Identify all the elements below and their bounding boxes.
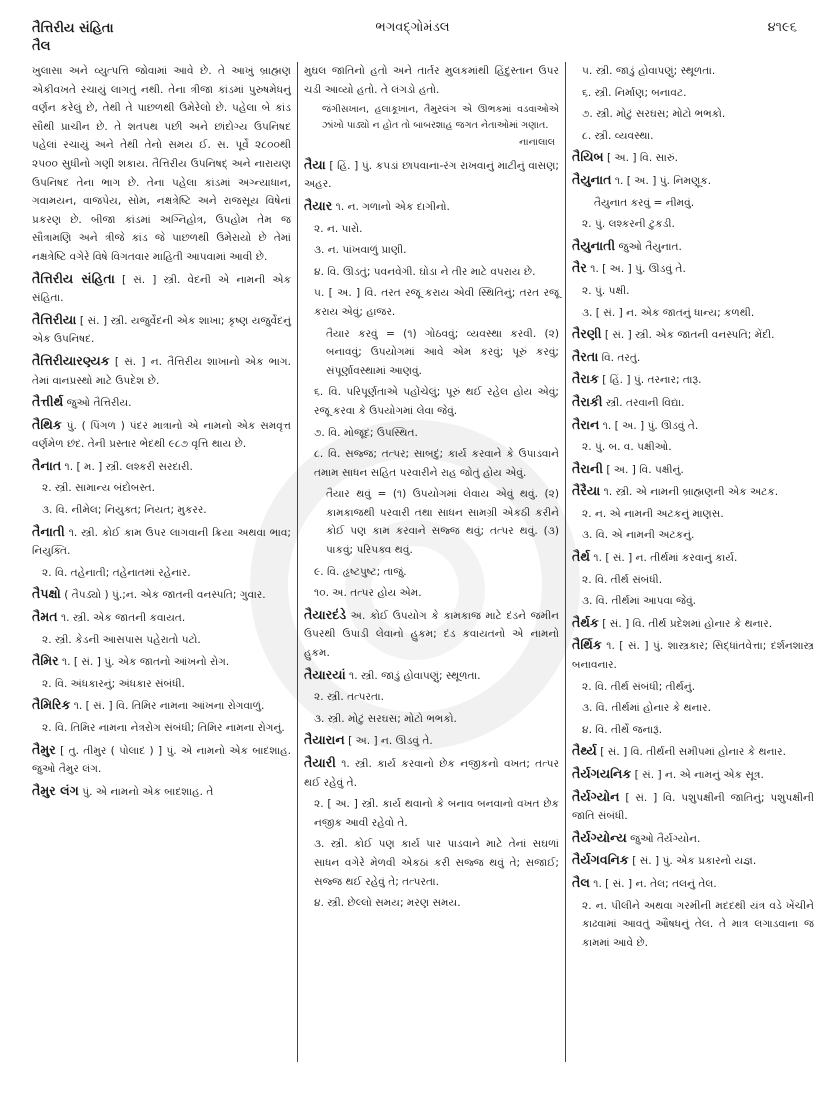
sense-line: ૮. વિ. સજ્જ; તત્પર; સાબદું; કાર્ય કરવાને…	[304, 445, 559, 482]
dictionary-entry: તૈનાત ૧. [ મ. ] સ્ત્રી. લશ્કરી સરદારી.	[32, 457, 291, 477]
sense-line: ૨. ન. પીલીને અથવા ગરમીની મદદથી યંત્ર વડે…	[572, 897, 814, 953]
dictionary-entry: તૈયુનાત ૧. [ અ. ] પું. નિમણૂક.	[572, 171, 814, 191]
definition: ૧. [ સં. ] પું. શાસ્ત્રકાર; સિદ્ધાંતવેત્…	[572, 640, 814, 671]
sense-line: ૬. વિ. પરિપૂર્ણતાએ પહોંચેલું; પૂરું થઈ ર…	[304, 383, 559, 420]
headword: તૈમત	[32, 609, 58, 624]
definition: [ સં. ] વિ. તીર્થ પ્રદેશમાં હોનાર કે થના…	[602, 618, 772, 630]
dictionary-entry: તૈર્યગયનિક [ સં. ] ન. એ નામનું એક સૂત્ર.	[572, 765, 814, 785]
dictionary-entry: તૈત્તીર્થ જુઓ તૈત્તિરીય.	[32, 393, 291, 413]
dictionary-entry: તૈર્થ્ય [ સં. ] વિ. તીર્થની સમીપમાં હોના…	[572, 742, 814, 762]
sense-line: ૨. ન. એ નામની અટકનું માણસ.	[572, 505, 814, 524]
sense-line: ૨. વિ. અંધકારનું; અંધકાર સંબંધી.	[32, 675, 291, 694]
definition: પું. એ નામનો એક બાદશાહ. તે	[82, 786, 213, 798]
column-middle: મુઘલ જાતિનો હતો અને તાર્તર મુલકમાંથી હિં…	[298, 62, 566, 1062]
sense-line: ૩. સ્ત્રી. કોઈ પણ કાર્ય પાર પાડવાને માટે…	[304, 835, 559, 891]
definition: [ સં. ] વિ. તીર્થની સમીપમાં હોનાર કે થના…	[600, 746, 786, 758]
headword: તૈત્તિરીયા	[32, 312, 76, 327]
dictionary-entry: તૈયારદંડે અ. કોઈ ઉપયોગ કે કામકાજ માટે દં…	[304, 606, 559, 663]
dictionary-entry: તૈલ ૧. [ સં. ] ન. તેલ; તલનું તેલ.	[572, 874, 814, 894]
headword: તૈર્યગ્યોન	[572, 789, 620, 804]
dictionary-entry: તૈયારયાં ૧. સ્ત્રી. જાડું હોવાપણું; સ્થૂ…	[304, 666, 559, 686]
headword: તૈરાક	[572, 371, 599, 386]
citation: જંગીસખાન, હલાકૂખાન, તૈમુરલંગ એ ઊભકમાં વડ…	[304, 102, 559, 153]
definition: જુઓ તૈર્યગ્યોન.	[630, 833, 700, 845]
dictionary-entry: તૈર્થિક ૧. [ સં. ] પું. શાસ્ત્રકાર; સિદ્…	[572, 636, 814, 674]
sense-line: ૨. પું. બ. વ. પક્ષીઓ.	[572, 438, 814, 457]
dictionary-entry: તૈત્તિરીયા [ સં. ] સ્ત્રી. યજુર્વેદની એક…	[32, 311, 291, 349]
definition: [ સં. ] સ્ત્રી. એક જાતની વનસ્પતિ; મેંદી.	[605, 329, 775, 341]
dictionary-entry: તૈમુર લંગ પું. એ નામનો એક બાદશાહ. તે	[32, 782, 291, 802]
headword: તૈયારાન	[304, 732, 345, 747]
headword: તૈર્થક	[572, 615, 599, 630]
headword: તૈયાર	[304, 198, 332, 213]
definition: જુઓ તૈત્તિરીય.	[67, 397, 132, 409]
sense-line: ૨. વિ. તીર્થ સંબંધી.	[572, 571, 814, 590]
sense-line: ૨. સ્ત્રી. તત્પરતા.	[304, 688, 559, 707]
definition: ( તૈપડ્યો ) પું.;ન. એક જાતની વનસ્પતિ; ગુ…	[64, 589, 265, 601]
continued-text: મુઘલ જાતિનો હતો અને તાર્તર મુલકમાંથી હિં…	[304, 62, 559, 99]
headword: તૈયુનાતી	[572, 238, 615, 253]
headword: તૈરણી	[572, 326, 601, 341]
sense-line: ૨. સ્ત્રી. સામાન્ય બંદોબસ્ત.	[32, 479, 291, 498]
headword: તૈત્તીર્થ	[32, 394, 63, 409]
headword: તૈર્યગવનિક	[572, 852, 629, 867]
dictionary-entry: તૈર્યગવનિક [ સં. ] પું. એક પ્રકારનો યજ્ઞ…	[572, 851, 814, 871]
dictionary-entry: તૈરણી [ સં. ] સ્ત્રી. એક જાતની વનસ્પતિ; …	[572, 325, 814, 345]
sense-line: ૯. વિ. હૃષ્ટપુષ્ટ; તાજું.	[304, 563, 559, 582]
definition: [ હિં. ] પું. કપડાં છાપવાના-રંગ રાખવાનું…	[304, 160, 559, 191]
headword: તૈયિબ	[572, 149, 604, 164]
headword: તૈર્થિક	[572, 637, 602, 652]
dictionary-entry: તૈમુર [ તુ. તીમુર ( પોલાદ ) ] પું. એ નામ…	[32, 741, 291, 779]
headword: તૈરાકી	[572, 394, 602, 409]
definition: ૧. સ્ત્રી. એક જાતની કવાયત.	[61, 612, 185, 624]
headword: તૈથિક	[32, 417, 62, 432]
dictionary-entry: તૈત્તિરીય સંહિતા [ સં. ] સ્ત્રી. વેદની એ…	[32, 270, 291, 308]
definition: ૧. ન. ગળાનો એક દાગીનો.	[336, 201, 450, 213]
sense-line: ૪. સ્ત્રી. છેલ્લો સમય; મરણ સમય.	[304, 894, 559, 913]
headword: તૈત્તિરીય સંહિતા	[32, 271, 115, 286]
definition: ૧. [ અ. ] પું. નિમણૂક.	[615, 175, 711, 187]
sense-line: ૩. વિ. તીર્થમાં હોનાર કે થનાર.	[572, 699, 814, 718]
sense-line: ૨. વિ. તહેનાતી; તહેનાતમાં રહેનાર.	[32, 564, 291, 583]
headword: તૈત્તિરીયારણ્યક	[32, 353, 110, 368]
sense-line: ૪. વિ. તીર્થે જનારૂં.	[572, 721, 814, 740]
sense-line: ૨. ન. પારો.	[304, 220, 559, 239]
phrase-line: તૈયુનાત કરવું = નીમવું.	[572, 194, 814, 213]
sense-line: ૫. [ અ. ] વિ. તરત રજૂ કરાય એવી સ્થિતિનું…	[304, 284, 559, 321]
dictionary-entry: તૈયિબ [ અ. ] વિ. સારું.	[572, 148, 814, 168]
dictionary-entry: તૈરૈયા ૧. સ્ત્રી. એ નામની બ્રાહ્મણની એક …	[572, 482, 814, 502]
dictionary-entry: તૈમિરિક ૧. [ સં. ] વિ. તિમિર નામના આંખના…	[32, 696, 291, 716]
dictionary-entry: તૈયા [ હિં. ] પું. કપડાં છાપવાના-રંગ રાખ…	[304, 156, 559, 194]
definition: [ અ. ] વિ. સારું.	[607, 152, 678, 164]
column-right: ૫. સ્ત્રી. જાડું હોવાપણું; સ્થૂળતા.૬. સ્…	[566, 62, 820, 1062]
dictionary-entry: તૈયાર ૧. ન. ગળાનો એક દાગીનો.	[304, 197, 559, 217]
headword: તૈર	[572, 260, 587, 275]
sense-line: ૩. ન. પાંખવાળું પ્રાણી.	[304, 241, 559, 260]
sense-line: ૩. વિ. એ નામની અટકનું.	[572, 526, 814, 545]
dictionary-entry: તૈર્થક [ સં. ] વિ. તીર્થ પ્રદેશમાં હોનાર…	[572, 614, 814, 634]
definition: [ હિં. ] પું. તરનાર; તારૂ.	[602, 374, 701, 386]
sense-line: ૨. પું. પક્ષી.	[572, 282, 814, 301]
sense-line: ૫. સ્ત્રી. જાડું હોવાપણું; સ્થૂળતા.	[572, 62, 814, 81]
dictionary-entry: તૈર ૧. [ અ. ] પું. ઊડવું તે.	[572, 259, 814, 279]
sense-line: ૨. વિ. તીર્થ સંબંધી; તીર્થનું.	[572, 678, 814, 697]
dictionary-entry: તૈપક્ષો ( તૈપડ્યો ) પું.;ન. એક જાતની વનસ…	[32, 585, 291, 605]
guide-word-last: તૈલ	[32, 38, 114, 56]
definition: વિ. તરતું.	[602, 352, 641, 364]
dictionary-entry: તૈરાન ૧. [ અ. ] પું. ઊડવું તે.	[572, 416, 814, 436]
headword: તૈર્યગયનિક	[572, 766, 631, 781]
dictionary-entry: તૈર્યગ્યોન્ય જુઓ તૈર્યગ્યોન.	[572, 829, 814, 849]
definition: [ સં. ] ન. એ નામનું એક સૂત્ર.	[635, 769, 764, 781]
headword: તૈમિરિક	[32, 697, 70, 712]
headword: તૈમુર લંગ	[32, 783, 79, 798]
headword: તૈનાતી	[32, 524, 65, 539]
definition: જુઓ તૈયુનાત.	[618, 241, 681, 253]
dictionary-entry: તૈયારાન [ અ. ] ન. ઊડવું તે.	[304, 731, 559, 751]
citation-text: જંગીસખાન, હલાકૂખાન, તૈમુરલંગ એ ઊભકમાં વડ…	[304, 102, 559, 134]
definition: [ તુ. તીમુર ( પોલાદ ) ] પું. એ નામનો એક …	[32, 745, 291, 776]
definition: ૧. સ્ત્રી. એ નામની બ્રાહ્મણની એક અટક.	[604, 486, 779, 498]
headword: તૈયારયાં	[304, 667, 346, 682]
dictionary-entry: તૈયારી ૧. સ્ત્રી. કાર્ય કરવાનો છેક નજીકન…	[304, 754, 559, 792]
headword: તૈયુનાત	[572, 172, 611, 187]
sense-line: ૩. વિ. નીમેલ; નિયુક્ત; નિયત; મુકરર.	[32, 501, 291, 520]
headword: તૈપક્ષો	[32, 586, 61, 601]
citation-author: નાનાલાલ	[304, 134, 559, 153]
dictionary-entry: તૈર્યગ્યોન [ સં. ] વિ. પશુપક્ષીની જાતિનુ…	[572, 788, 814, 826]
sense-line: ૩. [ સં. ] ન. એક જાતનું ધાન્ય; કળથી.	[572, 304, 814, 323]
dictionary-entry: તૈમિર ૧. [ સં. ] પું. એક જાતનો આંખનો રોગ…	[32, 652, 291, 672]
dictionary-entry: તૈર્થ ૧. [ સં. ] ન. તીર્થમાં કરવાનું કાર…	[572, 548, 814, 568]
dictionary-entry: તૈરતા વિ. તરતું.	[572, 348, 814, 368]
definition: ૧. [ સં. ] ન. તેલ; તલનું તેલ.	[593, 878, 717, 890]
definition: ૧. [ સં. ] ન. તીર્થમાં કરવાનું કાર્ય.	[593, 552, 737, 564]
sense-line: ૪. વિ. ઊડતું; પવનવેગી. ઘોડા ને તીર માટે …	[304, 263, 559, 282]
definition: પું. ( પિંગળ ) પંદર માત્રાનો એ નામનો એક …	[32, 420, 291, 451]
headword: તૈલ	[572, 875, 590, 890]
continued-text: ખુલાસા અને વ્યુત્પત્તિ જોવામાં આવે છે. ત…	[32, 62, 291, 267]
headword: તૈરૈયા	[572, 483, 600, 498]
definition: ૧. [ અ. ] પું. ઊડવું તે.	[590, 263, 686, 275]
definition: ૧. સ્ત્રી. કાર્ય કરવાનો છેક નજીકનો વખત; …	[304, 758, 559, 789]
dictionary-title: ભગવદ્ગોમંડલ	[0, 20, 825, 35]
definition: ૧. સ્ત્રી. જાડું હોવાપણું; સ્થૂળતા.	[349, 670, 480, 682]
definition: ૧. [ સં. ] પું. એક જાતનો આંખનો રોગ.	[62, 656, 229, 668]
definition: ૧. [ અ. ] પું. ઊડવું તે.	[603, 420, 699, 432]
headword: તૈર્થ	[572, 549, 590, 564]
sense-line: ૩. વિ. તીર્થમાં આપવા જેવું.	[572, 592, 814, 611]
definition: [ અ. ] વિ. પક્ષીનું.	[606, 464, 684, 476]
headword: તૈમુર	[32, 742, 56, 757]
definition: ૧. [ સં. ] વિ. તિમિર નામના આંખના રોગવાળુ…	[74, 700, 265, 712]
phrase-line: તૈયાર થવું = (૧) ઉપયોગમાં લેવાય એવું થવુ…	[304, 485, 559, 559]
headword: તૈયારી	[304, 755, 336, 770]
dictionary-entry: તૈરાક [ હિં. ] પું. તરનાર; તારૂ.	[572, 370, 814, 390]
headword: તૈરાની	[572, 461, 603, 476]
sense-line: ૧૦. અ. તત્પર હોય એમ.	[304, 584, 559, 603]
dictionary-entry: તૈયુનાતી જુઓ તૈયુનાત.	[572, 237, 814, 257]
dictionary-entry: તૈનાતી ૧. સ્ત્રી. કોઈ કામ ઉપર લાગવાની ક્…	[32, 523, 291, 561]
headword: તૈનાત	[32, 458, 61, 473]
definition: ૧. [ મ. ] સ્ત્રી. લશ્કરી સરદારી.	[65, 461, 193, 473]
definition: સ્ત્રી. તરવાની વિદ્યા.	[606, 397, 685, 409]
sense-line: ૩. સ્ત્રી. મોટું સરઘસ; મોટો ભભકો.	[304, 710, 559, 729]
dictionary-entry: તૈરાની [ અ. ] વિ. પક્ષીનું.	[572, 460, 814, 480]
dictionary-entry: તૈમત ૧. સ્ત્રી. એક જાતની કવાયત.	[32, 608, 291, 628]
sense-line: ૭. સ્ત્રી. મોટું સરઘસ; મોટો ભભકો.	[572, 105, 814, 124]
sense-line: ૬. સ્ત્રી. નિર્માણ; બનાવટ.	[572, 84, 814, 103]
column-left: ખુલાસા અને વ્યુત્પત્તિ જોવામાં આવે છે. ત…	[30, 62, 298, 1062]
dictionary-columns: ખુલાસા અને વ્યુત્પત્તિ જોવામાં આવે છે. ત…	[30, 62, 820, 1062]
headword: તૈયા	[304, 157, 326, 172]
sense-line: ૨. પું. લશ્કરની ટુકડી.	[572, 215, 814, 234]
definition: [ અ. ] ન. ઊડવું તે.	[348, 735, 433, 747]
sense-line: ૭. વિ. મોજૂદ; ઉપસ્થિત.	[304, 424, 559, 443]
page-number: ૪૧૯૬	[768, 20, 797, 35]
headword: તૈયારદંડે	[304, 607, 346, 622]
definition: ૧. સ્ત્રી. કોઈ કામ ઉપર લાગવાની ક્રિયા અથ…	[32, 527, 291, 558]
dictionary-entry: તૈત્તિરીયારણ્યક [ સં. ] ન. તૈત્તિરીય શાખ…	[32, 352, 291, 390]
headword: તૈરાન	[572, 417, 599, 432]
dictionary-entry: તૈરાકી સ્ત્રી. તરવાની વિદ્યા.	[572, 393, 814, 413]
sense-line: ૨. વિ. તિમિર નામના નેત્રરોગ સંબંધી; તિમિ…	[32, 719, 291, 738]
sense-line: ૨. સ્ત્રી. કેડની આસપાસ પહેરાતો પટો.	[32, 631, 291, 650]
definition: [ સં. ] પું. એક પ્રકારનો યજ્ઞ.	[632, 855, 756, 867]
sense-line: ૮. સ્ત્રી. વ્યવસ્થા.	[572, 127, 814, 146]
headword: તૈર્થ્ય	[572, 743, 597, 758]
headword: તૈરતા	[572, 349, 598, 364]
phrase-line: તૈયાર કરવું = (૧) ગોઠવવું; વ્યવસ્થા કરવી…	[304, 325, 559, 381]
dictionary-entry: તૈથિક પું. ( પિંગળ ) પંદર માત્રાનો એ નામ…	[32, 416, 291, 454]
page-header: તૈત્તિરીય સંહિતા તૈલ ભગવદ્ગોમંડલ ૪૧૯૬	[0, 18, 825, 58]
headword: તૈમિર	[32, 653, 59, 668]
sense-line: ૨. [ અ. ] સ્ત્રી. કાર્ય થવાનો કે બનાવ બન…	[304, 795, 559, 832]
headword: તૈર્યગ્યોન્ય	[572, 830, 627, 845]
